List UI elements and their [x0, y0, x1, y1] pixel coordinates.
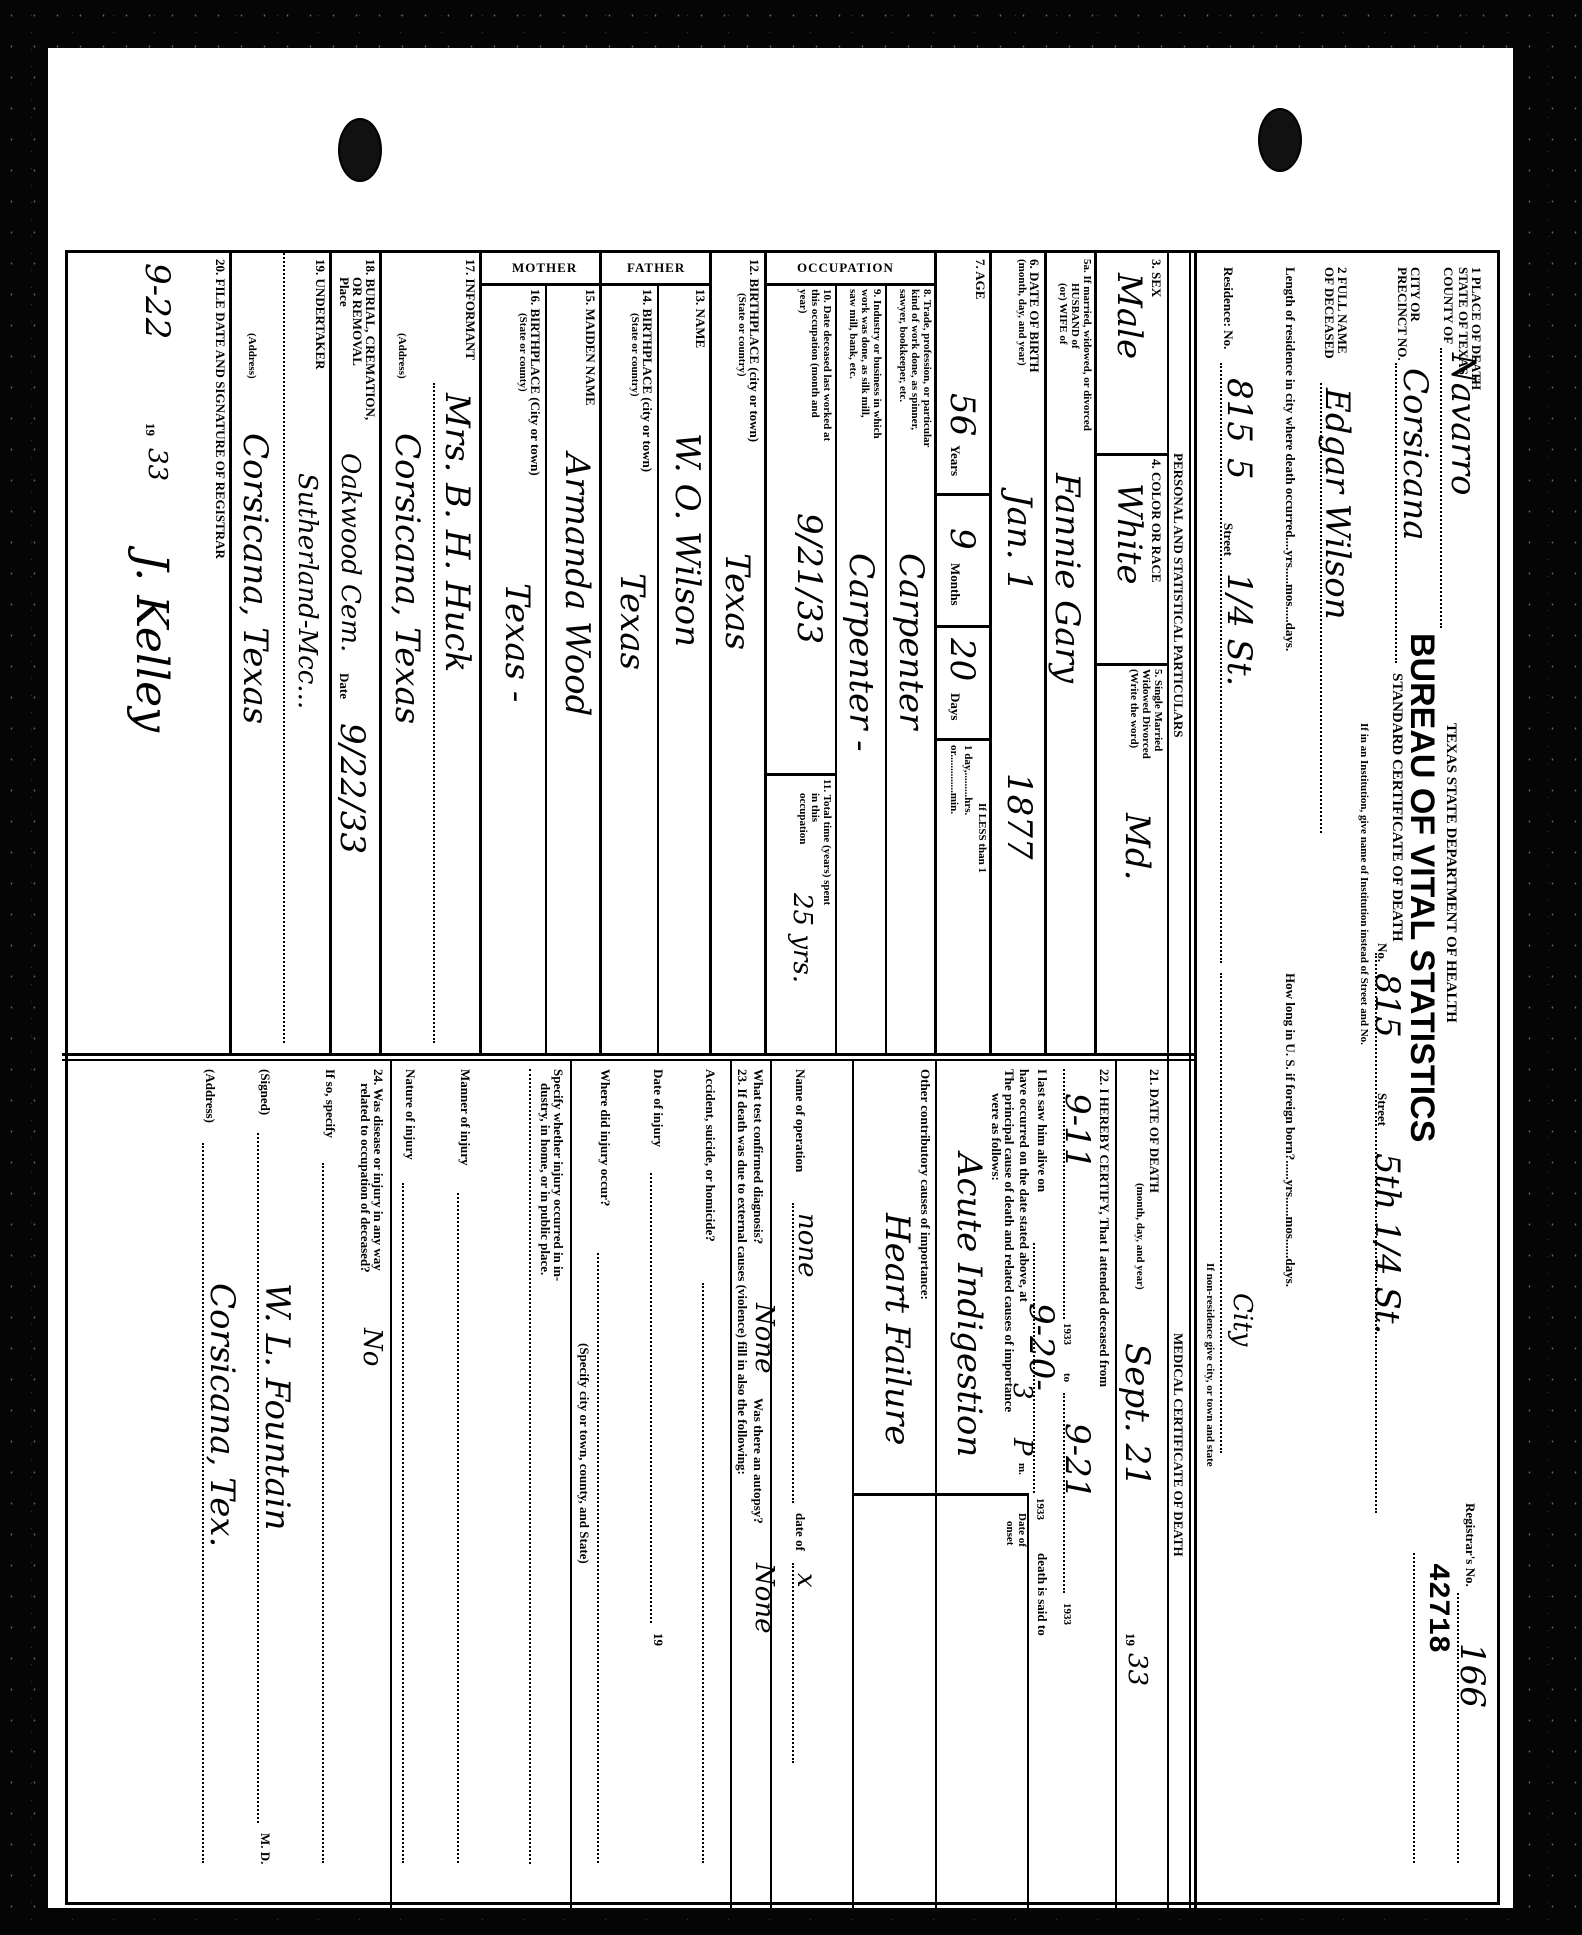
last-worked-label-2: this occupation (month and	[809, 289, 820, 418]
undertaker-address: Corsicana, Texas	[235, 433, 275, 724]
father-birthplace: Texas	[612, 573, 652, 670]
contributory-cause: Heart Failure	[877, 1213, 917, 1445]
industry-value: Carpenter -	[841, 553, 881, 752]
occupation-related-q: 24. Was disease or injury in any way	[372, 1069, 385, 1271]
maiden-name-label: 15. MAIDEN NAME	[584, 289, 597, 406]
county-value: Navarro	[1443, 353, 1483, 495]
were-as-follows-label: were as follows:	[990, 1093, 1003, 1181]
trade-label-3: sawyer, bookkeeper, etc.	[897, 289, 908, 402]
dod-year-prefix: 19	[1124, 1633, 1137, 1646]
city-label: CITY OR	[1409, 267, 1422, 322]
last-saw-year: 1933	[1034, 1498, 1045, 1520]
from-year: 1933	[1061, 1323, 1072, 1345]
injury-year-label: 19	[652, 1633, 665, 1646]
test-label: What test confirmed diagnosis?	[752, 1069, 765, 1244]
city-value: Corsicana	[1395, 368, 1435, 541]
onset-label: Date of	[1016, 1513, 1027, 1547]
mother-birthplace: Texas -	[497, 583, 537, 702]
operation-date: x	[791, 1573, 821, 1588]
accident-label: Accident, suicide, or homicide?	[704, 1069, 717, 1242]
residence-label: Residence: No.	[1222, 267, 1235, 349]
dob-label: 6. DATE OF BIRTH	[1028, 259, 1041, 373]
color-label: 4. COLOR OR RACE	[1150, 459, 1163, 583]
industry-label-3: saw mill, bank, etc.	[847, 289, 858, 379]
dob-sublabel: (month, day, and year)	[1016, 259, 1027, 366]
m-label: m.	[1016, 1463, 1027, 1475]
burial-date-label: Date	[338, 673, 351, 699]
total-time-label: 11. Total time (years) spent	[821, 779, 832, 905]
specify-injury-label-2: dustry, in home, or in public place.	[539, 1083, 552, 1275]
burial-place-label: Place	[338, 277, 351, 307]
trade-label-2: kind of work done, as spinner,	[909, 289, 920, 430]
death-certificate-form: 1 PLACE OF DEATH STATE OF TEXAS COUNTY O…	[65, 250, 1500, 1905]
removal-label: OR REMOVAL	[351, 277, 364, 366]
residence-street-label: Street	[1222, 523, 1235, 556]
physician-signature: W. L. Fountain	[257, 1283, 297, 1531]
cert-title: STANDARD CERTIFICATE OF DEATH	[1390, 673, 1403, 942]
operation-label: Name of operation	[794, 1069, 807, 1172]
spouse-value: Fannie Gary	[1047, 473, 1087, 683]
county-label: COUNTY OF	[1442, 267, 1455, 344]
specify-injury-label: Specify whether injury occurred in in-	[552, 1069, 565, 1281]
age-label: 7. AGE	[974, 259, 987, 299]
md-label: M. D.	[259, 1833, 272, 1864]
bureau-title: BUREAU OF VITAL STATISTICS	[1405, 633, 1439, 1142]
autopsy-label: Was there an autopsy?	[752, 1398, 765, 1524]
death-ampm: P	[1007, 1438, 1037, 1456]
medical-section-title: MEDICAL CERTIFICATE OF DEATH	[1172, 1333, 1185, 1557]
institution-note: If in an Institution, give name of Insti…	[1358, 723, 1369, 1045]
of-deceased-label: OF DECEASED	[1323, 267, 1336, 359]
industry-label: 9. Industry or business in which	[871, 289, 882, 439]
date-of-death-label: 21. DATE OF DEATH	[1148, 1069, 1161, 1193]
age-days: 20	[942, 638, 982, 681]
registrar-label: Registrar's No.	[1464, 1503, 1477, 1587]
punch-hole	[338, 118, 382, 182]
residence-street: 1/4 St.	[1219, 573, 1259, 686]
dob-year: 1877	[999, 773, 1039, 860]
punch-hole	[1258, 108, 1302, 172]
marital-label-3: (Write the word)	[1128, 669, 1139, 748]
residence-city: City	[1227, 1293, 1257, 1346]
burial-label: 18. BURIAL, CREMATION,	[364, 259, 377, 420]
file-year: 33	[142, 448, 172, 481]
industry-label-2: work was done, as silk mill,	[859, 289, 870, 418]
principal-cause-label: The principal cause of death and related…	[1003, 1069, 1016, 1412]
age-years: 56	[942, 393, 982, 436]
operation-date-label: date of	[794, 1513, 807, 1551]
sex-value: Male	[1109, 273, 1149, 359]
birthplace-label: 12. BIRTHPLACE (city or town)	[748, 259, 761, 442]
spouse-label: 5a. If married, widowed, or divorced	[1081, 259, 1092, 431]
age-months: 9	[942, 528, 982, 550]
to-year: 1933	[1061, 1603, 1072, 1625]
hours-label: 1 day,.........hrs.	[962, 745, 973, 815]
test-value: None	[749, 1303, 779, 1374]
residence-street-prefix: 5	[1219, 458, 1259, 480]
occupation-related-answer: No	[357, 1328, 387, 1366]
last-worked-value: 9/21/33	[789, 513, 829, 644]
full-name-label: 2 FULL NAME	[1336, 267, 1349, 354]
injury-date-label: Date of injury	[652, 1069, 665, 1147]
autopsy-value: None	[749, 1563, 779, 1634]
injury-where-label: Where did injury occur?	[599, 1069, 612, 1206]
file-year-prefix: 19	[144, 423, 157, 436]
burial-place: Oakwood Cem.	[335, 453, 365, 652]
injury-where-spec: (Specify city or town, county, and State…	[578, 1343, 591, 1564]
date-of-death-sublabel: (month, day, and year)	[1134, 1183, 1145, 1290]
total-time-value: 25 yrs.	[787, 893, 817, 983]
undertaker-address-label: (Address)	[246, 333, 257, 379]
undertaker-name: Sutherland-Mcc...	[292, 473, 322, 709]
stamp-number: 42718	[1422, 1563, 1452, 1653]
deceased-name: Edgar Wilson	[1317, 388, 1357, 620]
mother-birthplace-sublabel: (State or county)	[517, 313, 528, 392]
days-label: Days	[949, 693, 962, 720]
residence-no: 815	[1219, 378, 1259, 443]
wife-label: (or) WIFE of	[1057, 283, 1068, 345]
death-said-label: death is said to	[1036, 1553, 1049, 1636]
undertaker-label: 19. UNDERTAKER	[314, 259, 327, 370]
informant-label: 17. INFORMANT	[464, 259, 477, 360]
months-label: Months	[949, 563, 962, 606]
certificate-frame: 1 PLACE OF DEATH STATE OF TEXAS COUNTY O…	[65, 250, 1500, 1905]
us-residence-label: How long in U. S. if foreign born?......…	[1284, 973, 1297, 1287]
informant-address-label: (Address)	[396, 333, 407, 379]
trade-label: 8. Trade, profession, or particular	[921, 289, 932, 447]
trade-value: Carpenter	[891, 553, 931, 729]
dept-title: TEXAS STATE DEPARTMENT OF HEALTH	[1444, 723, 1457, 1023]
occupation-title: OCCUPATION	[797, 261, 894, 274]
mother-title: MOTHER	[512, 261, 577, 274]
dod-year: 33	[1122, 1653, 1152, 1686]
street-label: Street	[1376, 1093, 1389, 1126]
father-birthplace-sublabel: (State or country)	[629, 313, 640, 397]
informant-name: Mrs. B. H. Huck	[437, 393, 477, 672]
nonresidence-note: If non-residence give city, or town and …	[1204, 1263, 1215, 1467]
personal-section-title: PERSONAL AND STATISTICAL PARTICULARS	[1172, 453, 1185, 738]
length-residence-label: Length of residence in city where death …	[1284, 267, 1297, 651]
occupation-related-q2: related to occupation of deceased?	[359, 1083, 372, 1273]
color-value: White	[1109, 483, 1149, 585]
sex-label: 3. SEX	[1150, 259, 1163, 297]
manner-label: Manner of injury	[459, 1069, 472, 1166]
father-title: FATHER	[627, 261, 685, 274]
signed-label: (Signed)	[259, 1069, 272, 1115]
total-time-label-3: occupation	[797, 793, 808, 844]
father-name: W. O. Wilson	[667, 433, 707, 647]
mother-birthplace-label: 16. BIRTHPLACE (City or town)	[529, 289, 542, 476]
certify-label: 22. I HEREBY CERTIFY, That I attended de…	[1098, 1069, 1111, 1387]
husband-label: HUSBAND of	[1069, 283, 1080, 349]
birthplace-value: Texas	[717, 553, 757, 650]
physician-address-label: (Address)	[204, 1069, 217, 1123]
if-so-label: If so, specify	[324, 1069, 337, 1138]
burial-date: 9/22/33	[332, 723, 372, 854]
marital-label: 5. Single Married	[1152, 669, 1163, 751]
mother-maiden-name: Armanda Wood	[557, 453, 597, 716]
last-saw-date: 9-20-	[1021, 1303, 1061, 1391]
to-label: to	[1061, 1373, 1072, 1382]
street-value: 5th 1/4 St.	[1367, 1153, 1407, 1334]
file-date: 9-22	[137, 263, 177, 339]
last-worked-label-3: year)	[797, 289, 808, 313]
registrar-signature: J. Kelley	[126, 553, 177, 732]
nature-label: Nature of injury	[404, 1069, 417, 1160]
precinct-label: PRECINCT NO.	[1396, 267, 1409, 361]
years-label: Years	[949, 445, 962, 476]
occurred-label: have occurred on the date stated above, …	[1018, 1069, 1031, 1302]
birthplace-sublabel: (State or country)	[736, 293, 747, 377]
total-time-label-2: in this	[809, 793, 820, 822]
registrar-file-label: 20. FILE DATE AND SIGNATURE OF REGISTRAR	[214, 259, 227, 559]
last-saw-label: I last saw him alive on	[1036, 1069, 1049, 1192]
no-value: 815	[1367, 973, 1407, 1038]
external-causes-label: 23. If death was due to external causes …	[736, 1069, 749, 1475]
last-worked-label: 10. Date deceased last worked at	[821, 289, 832, 441]
contributory-label: Other contributory causes of importance:	[919, 1069, 932, 1300]
marital-value: Md.	[1117, 813, 1157, 880]
date-of-death: Sept. 21	[1117, 1343, 1157, 1487]
minutes-label: or..............min.	[948, 745, 959, 814]
principal-cause: Acute Indigestion	[949, 1153, 989, 1457]
onset-label-2: onset	[1004, 1521, 1015, 1545]
father-birthplace-label: 14. BIRTHPLACE (city or town)	[641, 289, 654, 472]
operation-value: none	[792, 1213, 822, 1278]
informant-address: Corsicana, Texas	[387, 433, 427, 724]
father-name-label: 13. NAME	[694, 289, 707, 348]
physician-address: Corsicana, Tex.	[202, 1283, 242, 1547]
marital-label-2: Widowed Divorced	[1140, 669, 1151, 759]
less-than-label: If LESS than 1	[976, 803, 987, 873]
dob-month-day: Jan. 1	[999, 493, 1039, 592]
no-label: No.	[1376, 943, 1389, 962]
